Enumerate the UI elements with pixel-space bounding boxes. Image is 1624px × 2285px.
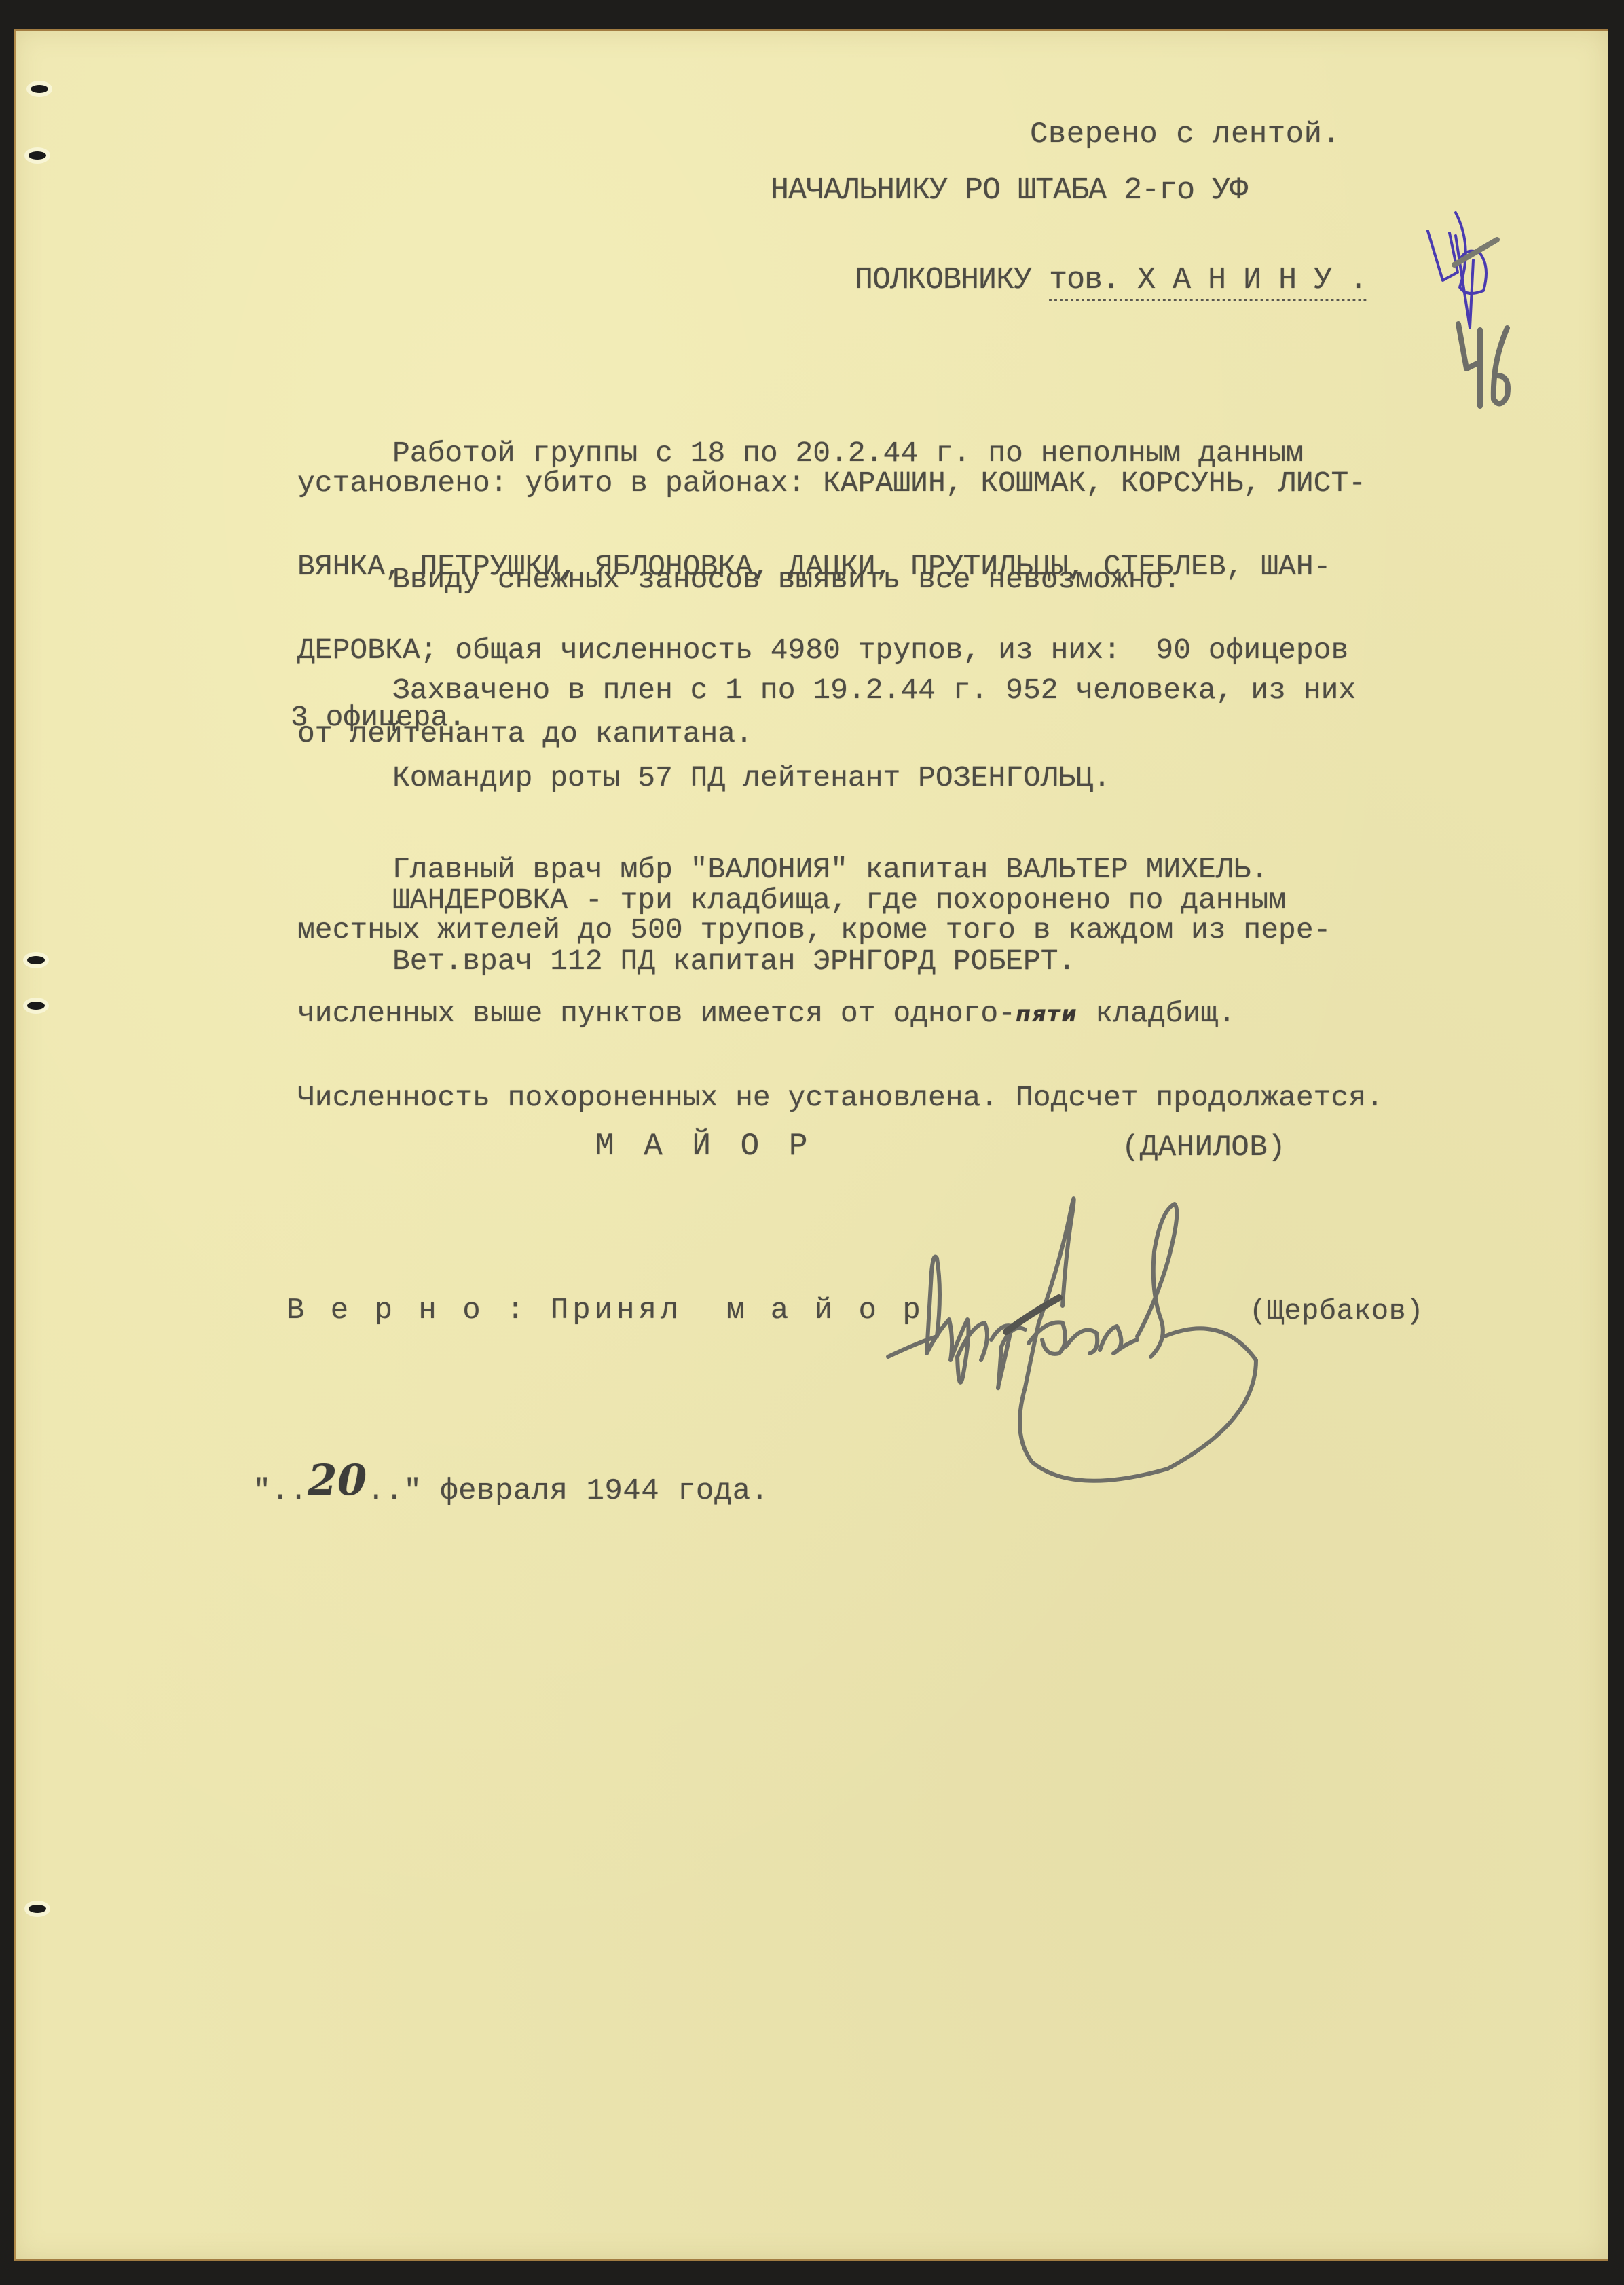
date-close-quote: " [403, 1474, 422, 1508]
signature-icon [14, 29, 1608, 2261]
date-open-quote: " [253, 1474, 272, 1508]
date-dots: .. [272, 1474, 308, 1508]
document-date: "..20.." февраля 1944 года. [180, 1433, 769, 1536]
date-day-handwritten: 20 [308, 1455, 367, 1505]
date-month-year: февраля 1944 года. [422, 1474, 769, 1508]
date-dots: .. [367, 1474, 404, 1508]
document-page: Сверено с лентой. НАЧАЛЬНИКУ РО ШТАБА 2-… [14, 29, 1608, 2261]
